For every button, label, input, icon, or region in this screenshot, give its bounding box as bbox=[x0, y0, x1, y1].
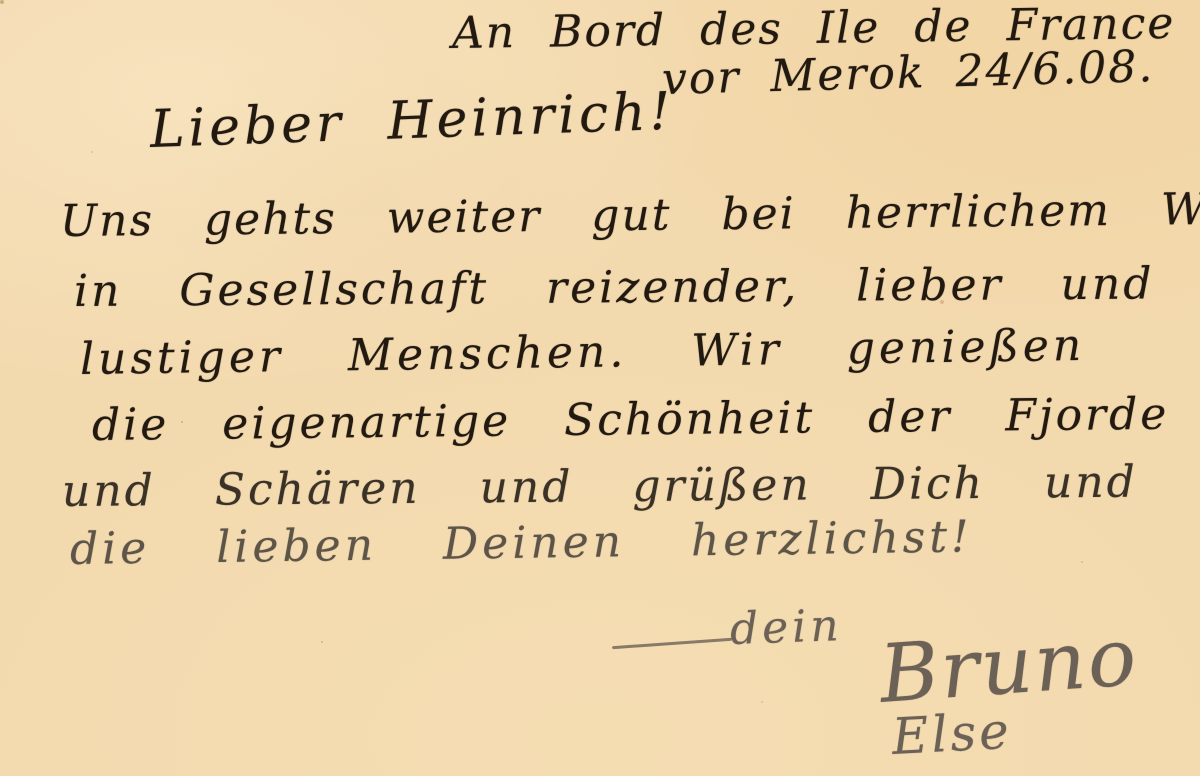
body-line-3: lustiger Menschen. Wir genießen bbox=[80, 320, 1086, 385]
closing-word: dein bbox=[729, 600, 843, 655]
body-line-6: die lieben Deinen herzlichst! bbox=[70, 511, 973, 575]
salutation: Lieber Heinrich! bbox=[149, 82, 675, 160]
postcard: An Bord des Ile de France vor Merok 24/6… bbox=[0, 0, 1200, 776]
body-line-4: die eigenartige Schönheit der Fjorde bbox=[92, 389, 1170, 451]
signature-else: Else bbox=[890, 702, 1013, 766]
closing-flourish-line bbox=[612, 638, 732, 649]
paper-speckles bbox=[0, 0, 4, 4]
body-line-5: und Schären und grüßen Dich und bbox=[62, 457, 1138, 517]
body-line-1: Uns gehts weiter gut bei herrlichem Wett… bbox=[60, 183, 1200, 247]
body-line-2: in Gesellschaft reizender, lieber und bbox=[74, 258, 1155, 317]
